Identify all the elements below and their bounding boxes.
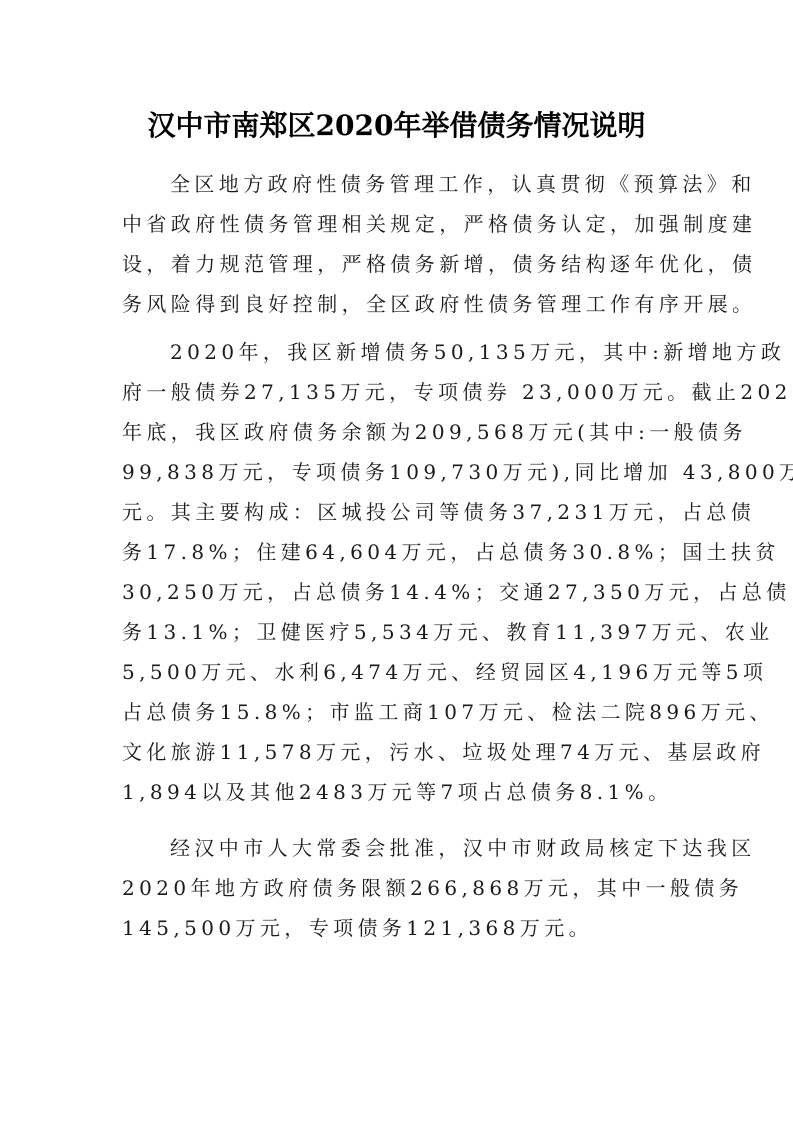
document-page: 汉中市南郑区2020年举借债务情况说明 全区地方政府性债务管理工作，认真贯彻《预… (0, 0, 793, 1122)
paragraph-debt-limit-approval: 经汉中市人大常委会批准，汉中市财政局核定下达我区 2020年地方政府债务限额26… (122, 828, 672, 948)
paragraph-line: 元。其主要构成：区城投公司等债务37,231万元，占总债 (122, 492, 672, 532)
document-title: 汉中市南郑区2020年举借债务情况说明 (0, 106, 793, 146)
paragraph-line: 全区地方政府性债务管理工作，认真贯彻《预算法》和 (122, 164, 672, 204)
paragraph-line: 1,894以及其他2483万元等7项占总债务8.1%。 (122, 772, 672, 812)
paragraph-line: 99,838万元，专项债务109,730万元),同比增加 43,800万 (122, 452, 672, 492)
paragraph-line: 务13.1%；卫健医疗5,534万元、教育11,397万元、农业 (122, 612, 672, 652)
paragraph-line: 中省政府性债务管理相关规定，严格债务认定，加强制度建 (122, 204, 672, 244)
paragraph-line: 占总债务15.8%；市监工商107万元、检法二院896万元、 (122, 692, 672, 732)
paragraph-line: 年底，我区政府债务余额为209,568万元(其中:一般债务 (122, 412, 672, 452)
paragraph-line: 5,500万元、水利6,474万元、经贸园区4,196万元等5项 (122, 652, 672, 692)
paragraph-line: 30,250万元，占总债务14.4%；交通27,350万元，占总债 (122, 572, 672, 612)
paragraph-line: 2020年地方政府债务限额266,868万元，其中一般债务 (122, 868, 672, 908)
paragraph-debt-management-overview: 全区地方政府性债务管理工作，认真贯彻《预算法》和 中省政府性债务管理相关规定，严… (122, 164, 672, 324)
paragraph-line: 设，着力规范管理，严格债务新增，债务结构逐年优化，债 (122, 244, 672, 284)
paragraph-line: 经汉中市人大常委会批准，汉中市财政局核定下达我区 (122, 828, 672, 868)
paragraph-line: 府一般债券27,135万元，专项债券 23,000万元。截止2020 (122, 372, 672, 412)
paragraph-line: 务风险得到良好控制，全区政府性债务管理工作有序开展。 (122, 284, 672, 324)
paragraph-2020-debt-details: 2020年，我区新增债务50,135万元，其中:新增地方政 府一般债券27,13… (122, 332, 672, 812)
paragraph-line: 文化旅游11,578万元，污水、垃圾处理74万元、基层政府 (122, 732, 672, 772)
paragraph-line: 务17.8%；住建64,604万元，占总债务30.8%；国土扶贫 (122, 532, 672, 572)
paragraph-line: 145,500万元，专项债务121,368万元。 (122, 908, 672, 948)
paragraph-line: 2020年，我区新增债务50,135万元，其中:新增地方政 (122, 332, 672, 372)
